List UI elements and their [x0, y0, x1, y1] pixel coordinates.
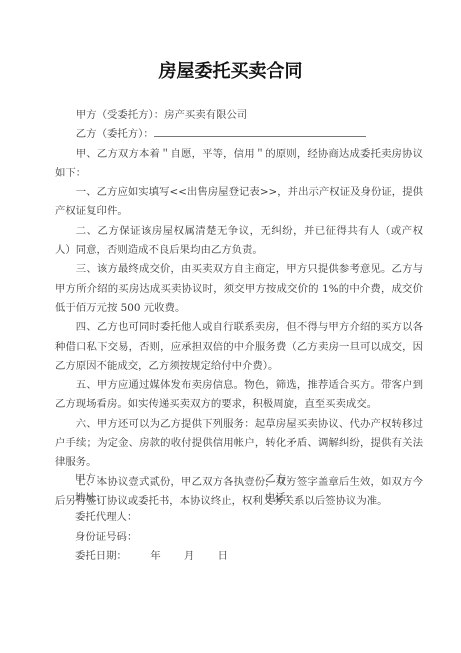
- document-title: 房屋委托买卖合同: [0, 57, 461, 83]
- signature-row-contact: 地址： 电话：: [75, 489, 415, 508]
- party-a-label: 甲方（受委托方）：: [76, 109, 164, 121]
- phone-label: 电话：: [265, 489, 296, 508]
- preamble: 甲、乙方双方本着＂自愿，平等，信用＂的原则，经协商达成委托卖房协议如下：: [55, 145, 423, 184]
- clause-5: 五、甲方应通过媒体发布卖房信息。物色，筛选，推荐适合买方。带客户到乙方现场看房。…: [55, 376, 423, 415]
- party-a-value: 房产买卖有限公司: [164, 109, 247, 121]
- year-label: 年: [150, 547, 160, 566]
- id-number-label: 身份证号码：: [75, 531, 137, 543]
- clause-2: 二、乙方保证该房屋权属清楚无争议，无纠纷，并已征得共有人（或产权人）同意，否则造…: [55, 222, 423, 261]
- party-b-signature-label: 乙方：: [265, 470, 296, 489]
- document-page: 房屋委托买卖合同 甲方（受委托方）：房产买卖有限公司 乙方（委托方）： 甲、乙方…: [0, 0, 461, 653]
- month-label: 月: [184, 547, 194, 566]
- signature-row-date: 委托日期： 年 月 日: [75, 547, 415, 566]
- agent-label: 委托代理人：: [75, 511, 137, 523]
- address-label: 地址：: [75, 492, 106, 504]
- party-a-signature-label: 甲方：: [75, 473, 106, 485]
- clause-3: 三、该方最终成交价，由买卖双方自主商定，甲方只提供参考意见。乙方与甲方所介绍的买…: [55, 260, 423, 318]
- signature-row-parties: 甲方： 乙方：: [75, 470, 415, 489]
- clause-6: 六、甲方还可以为乙方提供下列服务：起草房屋买卖协议、代办产权转移过户手续；为定金…: [55, 415, 423, 473]
- party-b-label: 乙方（委托方）：: [76, 128, 154, 140]
- clause-1: 一、乙方应如实填写<<出售房屋登记表>>，并出示产权证及身份证，提供产权证复印件…: [55, 183, 423, 222]
- signature-row-id: 身份证号码：: [75, 528, 415, 547]
- party-a-line: 甲方（受委托方）：房产买卖有限公司: [55, 106, 423, 125]
- signature-row-agent: 委托代理人：: [75, 508, 415, 527]
- party-b-blank-field[interactable]: [154, 125, 366, 137]
- party-b-line: 乙方（委托方）：: [55, 125, 423, 144]
- date-label: 委托日期：: [75, 550, 127, 562]
- signature-block: 甲方： 乙方： 地址： 电话： 委托代理人： 身份证号码： 委托日期： 年 月 …: [75, 470, 415, 566]
- clause-4: 四、乙方也可同时委托他人或自行联系卖房，但不得与甲方介绍的买方以各种借口私下交易…: [55, 318, 423, 376]
- document-body: 甲方（受委托方）：房产买卖有限公司 乙方（委托方）： 甲、乙方双方本着＂自愿，平…: [55, 106, 423, 511]
- day-label: 日: [218, 547, 228, 566]
